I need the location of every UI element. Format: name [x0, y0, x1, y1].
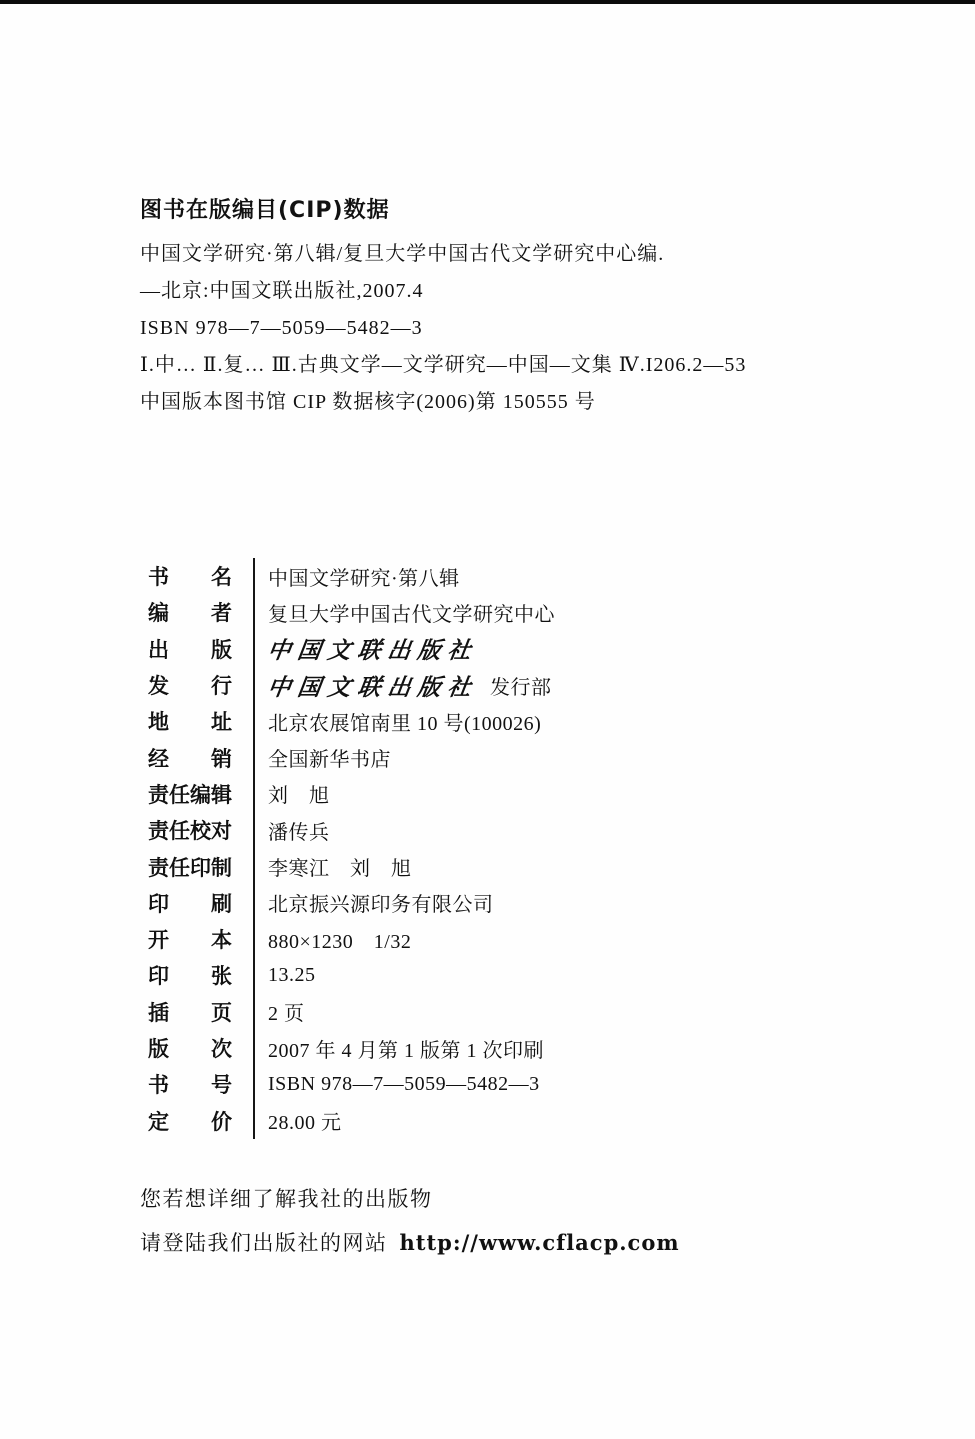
colophon-row-sales: 经 销 全国新华书店: [148, 739, 555, 775]
cip-block: 图书在版编目(CIP)数据 中国文学研究·第八辑/复旦大学中国古代文学研究中心编…: [140, 196, 880, 421]
colophon-row-inserts: 插 页 2 页: [148, 994, 555, 1030]
cip-line-record-number: 中国版本图书馆 CIP 数据核字(2006)第 150555 号: [140, 384, 880, 421]
colophon-label: 发 行: [148, 670, 236, 700]
colophon-value: 28.00 元: [253, 1102, 342, 1138]
colophon-value: 中国文联出版社发行部: [253, 667, 552, 703]
publisher-logo-script: 中国文联出版社: [266, 669, 481, 702]
footer-line2: 请登陆我们出版社的网站http://www.cflacp.com: [140, 1221, 680, 1265]
scanned-book-copyright-page: 图书在版编目(CIP)数据 中国文学研究·第八辑/复旦大学中国古代文学研究中心编…: [0, 0, 975, 1439]
cip-heading: 图书在版编目(CIP)数据: [140, 196, 880, 226]
colophon-value: 13.25: [253, 957, 316, 993]
colophon-row-publisher: 出 版 中国文联出版社: [148, 631, 555, 667]
colophon-value: 中国文联出版社: [253, 631, 478, 667]
colophon-value: 北京振兴源印务有限公司: [253, 885, 494, 921]
colophon-value: 李寒江 刘 旭: [253, 848, 412, 884]
colophon-value: 北京农展馆南里 10 号(100026): [253, 703, 541, 739]
colophon-label: 编 者: [148, 597, 236, 627]
colophon-label: 责任校对: [148, 815, 236, 845]
publisher-logo-script: 中国文联出版社: [266, 632, 481, 665]
colophon-row-format: 开 本 880×1230 1/32: [148, 921, 555, 957]
colophon-row-price: 定 价 28.00 元: [148, 1102, 555, 1138]
colophon-label: 印 张: [148, 960, 236, 990]
colophon-label: 插 页: [148, 997, 236, 1027]
colophon-row-managing-editor: 责任编辑 刘 旭: [148, 776, 555, 812]
colophon-row-proofreader: 责任校对 潘传兵: [148, 812, 555, 848]
colophon-value: 复旦大学中国古代文学研究中心: [253, 594, 555, 630]
footer-line1: 您若想详细了解我社的出版物: [140, 1178, 680, 1221]
cip-line-publisher: —北京:中国文联出版社,2007.4: [140, 273, 880, 310]
colophon-label: 责任编辑: [148, 779, 236, 809]
colophon-row-sheets: 印 张 13.25: [148, 957, 555, 993]
cip-line-classification: Ⅰ.中… Ⅱ.复… Ⅲ.古典文学—文学研究—中国—文集 Ⅳ.I206.2—53: [140, 347, 880, 384]
colophon-value: 2007 年 4 月第 1 版第 1 次印刷: [253, 1030, 544, 1066]
colophon-value: 潘传兵: [253, 812, 330, 848]
colophon-label: 印 刷: [148, 888, 236, 918]
colophon-label: 出 版: [148, 634, 236, 664]
colophon-label: 责任印制: [148, 852, 236, 882]
colophon-label: 开 本: [148, 924, 236, 954]
colophon-label: 书 号: [148, 1069, 236, 1099]
colophon-label: 版 次: [148, 1033, 236, 1063]
colophon-value: 全国新华书店: [253, 739, 391, 775]
colophon-label: 经 销: [148, 743, 236, 773]
colophon-value: 中国文学研究·第八辑: [253, 558, 460, 594]
colophon-value: ISBN 978—7—5059—5482—3: [253, 1066, 540, 1102]
colophon-row-book-title: 书 名 中国文学研究·第八辑: [148, 558, 555, 594]
footer-line2-prefix: 请登陆我们出版社的网站: [140, 1231, 388, 1255]
scan-edge-artifact: [0, 0, 975, 4]
colophon-label: 定 价: [148, 1106, 236, 1136]
website-url: http://www.cflacp.com: [400, 1230, 680, 1255]
cip-line-isbn: ISBN 978—7—5059—5482—3: [140, 310, 880, 347]
colophon-label: 书 名: [148, 561, 236, 591]
colophon-row-editor: 编 者 复旦大学中国古代文学研究中心: [148, 594, 555, 630]
colophon-value: 刘 旭: [253, 776, 330, 812]
footer-note: 您若想详细了解我社的出版物 请登陆我们出版社的网站http://www.cfla…: [140, 1178, 680, 1265]
colophon-row-distributor: 发 行 中国文联出版社发行部: [148, 667, 555, 703]
colophon-table: 书 名 中国文学研究·第八辑 编 者 复旦大学中国古代文学研究中心 出 版 中国…: [148, 558, 555, 1139]
colophon-label: 地 址: [148, 706, 236, 736]
distribution-dept-label: 发行部: [490, 671, 552, 700]
colophon-row-isbn: 书 号 ISBN 978—7—5059—5482—3: [148, 1066, 555, 1102]
colophon-row-printer: 印 刷 北京振兴源印务有限公司: [148, 885, 555, 921]
cip-line-title: 中国文学研究·第八辑/复旦大学中国古代文学研究中心编.: [140, 236, 880, 273]
colophon-row-edition: 版 次 2007 年 4 月第 1 版第 1 次印刷: [148, 1030, 555, 1066]
colophon-value: 2 页: [253, 994, 305, 1030]
colophon-row-print-supervisor: 责任印制 李寒江 刘 旭: [148, 848, 555, 884]
cip-lines: 中国文学研究·第八辑/复旦大学中国古代文学研究中心编. —北京:中国文联出版社,…: [140, 236, 880, 421]
colophon-row-address: 地 址 北京农展馆南里 10 号(100026): [148, 703, 555, 739]
colophon-value: 880×1230 1/32: [253, 921, 411, 957]
